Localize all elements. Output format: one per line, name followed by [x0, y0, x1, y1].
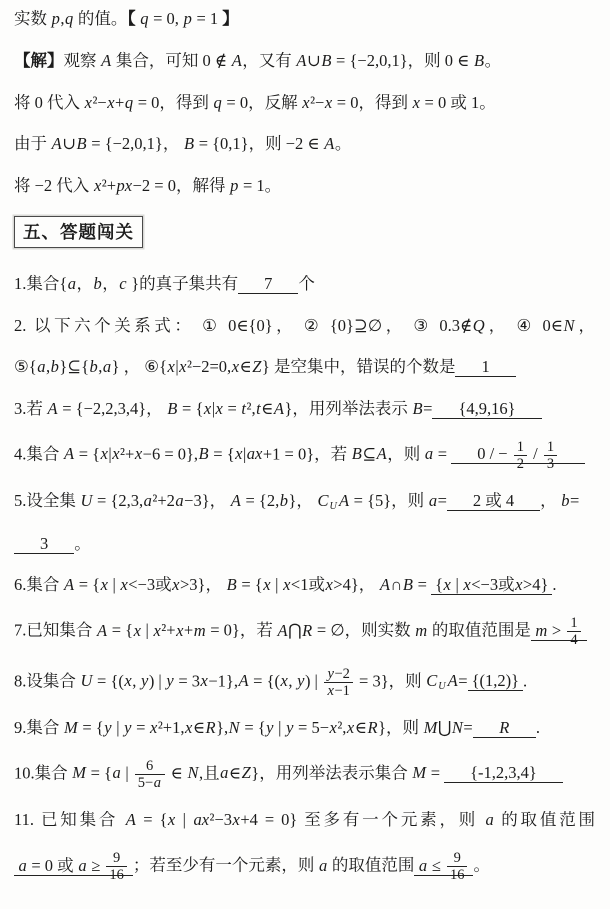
math-var: x: [233, 810, 240, 829]
math-var: B: [184, 134, 194, 153]
quiz-section: 1.集合{a，b，c }的真子集共有7个 2. 以下六个关系式： ① 0∈{0}…: [14, 272, 595, 884]
math-var: A: [380, 575, 390, 594]
math-var: a: [112, 763, 120, 782]
math-var: R: [499, 718, 509, 737]
solution-line-1: 实数 p,q 的值。【 q = 0, p = 1 】: [14, 7, 595, 32]
math-var: x: [135, 444, 142, 463]
fraction-denominator: 5−a: [135, 774, 165, 791]
math-var: C: [426, 671, 437, 690]
math-var: x: [263, 575, 270, 594]
math-var: a: [175, 491, 183, 510]
math-var: x: [112, 444, 119, 463]
math-var: y: [266, 718, 273, 737]
math-var: b: [280, 491, 288, 510]
math-var: A: [101, 51, 111, 70]
answer-blank: m > 14: [531, 621, 587, 641]
math-var: B: [321, 51, 331, 70]
math-var: t: [256, 399, 261, 418]
math-var: x: [107, 93, 114, 112]
fraction-numerator: 1: [544, 439, 557, 455]
math-var: A: [339, 491, 349, 510]
math-var: ax: [193, 810, 209, 829]
fraction: 916: [447, 850, 468, 884]
solution-line-4: 由于 A∪B = {−2,0,1}， B = {0,1}，则 −2 ∈ A。: [14, 132, 595, 157]
fraction-denominator: 2: [514, 455, 527, 472]
math-var: a: [37, 357, 45, 376]
question-9: 9.集合 M = {y | y = x²+1,x∈R},N = {y | y =…: [14, 716, 595, 741]
math-var: y: [328, 666, 334, 682]
answer-blank: {4,9,16}: [432, 399, 541, 419]
question-3: 3.若 A = {−2,2,3,4}， B = {x|x = t²,t∈A}，用…: [14, 397, 595, 422]
question-5-line-1: 5.设全集 U = {2,3,a²+2a−3}， A = {2,b}， CUA …: [14, 489, 595, 514]
math-var: a: [319, 856, 327, 875]
question-10: 10.集合 M = {a | 65−a ∈ N,且a∈Z}，用列举法表示集合 M…: [14, 758, 595, 792]
question-2-line-2: ⑤{a,b}⊆{b,a} ， ⑥{x|x²−2=0,x∈Z} 是空集中，错误的个…: [14, 355, 595, 380]
solution-line-3: 将 0 代入 x²−x+q = 0，得到 q = 0，反解 x²−x = 0，得…: [14, 91, 595, 116]
math-var: m: [415, 621, 427, 640]
math-var: C: [318, 491, 329, 510]
math-var: x: [168, 357, 175, 376]
math-var: x: [232, 357, 239, 376]
math-var: q: [214, 93, 222, 112]
question-2-line-1: 2. 以下六个关系式： ① 0∈{0}， ② {0}⊇∅， ③ 0.3∉Q， ④…: [14, 314, 595, 339]
math-var: a: [220, 763, 228, 782]
math-var: x: [94, 176, 101, 195]
math-var: y: [166, 671, 173, 690]
math-var: M: [412, 763, 426, 782]
section-heading: 五、答题闯关: [14, 216, 143, 248]
fraction-numerator: 9: [110, 850, 123, 866]
answer-blank: R: [473, 718, 536, 738]
math-var: R: [206, 718, 216, 737]
math-var: x: [325, 93, 332, 112]
math-var: A: [48, 399, 58, 418]
math-var: x: [463, 575, 470, 594]
math-var: N: [187, 763, 198, 782]
bold-text: 【解】: [14, 51, 64, 70]
fraction: 14: [567, 615, 580, 649]
math-var: A: [126, 810, 136, 829]
math-var: a: [78, 856, 86, 875]
answer-blank: {-1,2,3,4}: [444, 763, 563, 783]
solution-block: 实数 p,q 的值。【 q = 0, p = 1 】 【解】观察 A 集合，可知…: [14, 7, 595, 199]
math-var: a: [425, 444, 433, 463]
question-8: 8.设集合 U = {(x, y) | y = 3x−1},A = {(x, y…: [14, 666, 595, 700]
math-var: N: [452, 718, 463, 737]
math-var: b: [51, 357, 59, 376]
fraction-denominator: 4: [567, 631, 580, 648]
math-var: B: [474, 51, 484, 70]
math-var: U: [438, 681, 445, 692]
fraction: 13: [544, 439, 557, 473]
math-var: x: [168, 810, 175, 829]
question-11-line-1: 11. 已知集合 A = {x | ax²−3x+4 = 0} 至多有一个元素，…: [14, 808, 595, 833]
math-var: b: [94, 274, 102, 293]
math-var: B: [199, 444, 209, 463]
math-var: y: [104, 718, 111, 737]
math-var: x: [134, 621, 141, 640]
fraction-denominator: 3: [544, 455, 557, 472]
document-page: 实数 p,q 的值。【 q = 0, p = 1 】 【解】观察 A 集合，可知…: [0, 0, 610, 909]
math-var: x: [216, 399, 223, 418]
math-var: m: [194, 621, 206, 640]
math-var: x: [101, 444, 108, 463]
math-var: A: [231, 491, 241, 510]
fraction-numerator: 9: [451, 850, 464, 866]
math-var: A: [274, 399, 284, 418]
math-var: N: [229, 718, 240, 737]
math-var: x: [150, 718, 157, 737]
math-var: x: [85, 93, 92, 112]
solution-line-5: 将 −2 代入 x²+px−2 = 0，解得 p = 1。: [14, 174, 595, 199]
math-var: x: [347, 718, 354, 737]
math-var: U: [330, 501, 337, 512]
math-var: x: [185, 718, 192, 737]
math-var: x: [204, 399, 211, 418]
math-var: px: [117, 176, 133, 195]
math-var: x: [179, 357, 186, 376]
math-var: x: [444, 575, 451, 594]
math-var: x: [325, 575, 332, 594]
math-var: ax: [247, 444, 263, 463]
math-var: m: [535, 621, 547, 640]
answer-blank: 2 或 4: [447, 491, 540, 511]
math-var: M: [72, 763, 86, 782]
math-var: A: [64, 444, 74, 463]
answer-blank: {x | x<−3或x>4}: [431, 575, 552, 595]
math-var: B: [77, 134, 87, 153]
math-var: a: [486, 810, 494, 829]
math-var: q: [125, 93, 133, 112]
answer-blank: 7: [238, 274, 298, 294]
math-var: A: [277, 621, 287, 640]
math-var: x: [328, 683, 334, 699]
answer-blank: 0 / − 12 / 13: [451, 444, 585, 464]
fraction-numerator: 1: [567, 615, 580, 631]
math-var: R: [367, 718, 377, 737]
math-var: B: [413, 399, 423, 418]
math-var: c: [119, 274, 126, 293]
math-var: A: [64, 575, 74, 594]
math-var: Q: [473, 316, 485, 335]
math-var: x: [413, 93, 420, 112]
math-var: A: [97, 621, 107, 640]
math-var: B: [403, 575, 413, 594]
math-var: a: [19, 856, 27, 875]
math-var: y: [141, 671, 148, 690]
answer-blank: 1: [455, 357, 515, 377]
math-var: M: [64, 718, 78, 737]
fraction-numerator: 6: [143, 758, 156, 774]
math-var: A: [324, 134, 334, 153]
fraction-denominator: 16: [447, 866, 468, 883]
math-var: a: [419, 856, 427, 875]
section-heading-row: 五、答题闯关: [14, 216, 595, 248]
answer-blank: a = 0 或 a ≥ 916: [14, 856, 133, 876]
math-var: U: [81, 491, 93, 510]
math-var: Z: [252, 357, 261, 376]
math-var: M: [424, 718, 438, 737]
math-var: B: [352, 444, 362, 463]
subscript: U: [329, 501, 337, 512]
math-var: N: [563, 316, 574, 335]
math-var: A: [296, 51, 306, 70]
math-var: b: [561, 491, 569, 510]
question-6: 6.集合 A = {x | x<−3或x>3}， B = {x | x<1或x>…: [14, 573, 595, 598]
answer-blank: 3: [14, 534, 74, 554]
math-var: q: [65, 9, 73, 28]
fraction-denominator: 16: [106, 866, 127, 883]
math-var: q: [140, 9, 148, 28]
math-var: Z: [242, 763, 251, 782]
math-var: a: [68, 274, 76, 293]
fraction: y−2x−1: [324, 666, 353, 700]
subscript: U: [438, 681, 446, 692]
math-var: A: [377, 444, 387, 463]
math-var: A: [238, 671, 248, 690]
math-var: a: [429, 491, 437, 510]
math-var: p: [52, 9, 60, 28]
math-var: x: [153, 621, 160, 640]
math-var: x: [172, 575, 179, 594]
math-var: x: [302, 93, 309, 112]
fraction-numerator: y−2: [324, 666, 353, 682]
question-1: 1.集合{a，b，c }的真子集共有7个: [14, 272, 595, 297]
math-var: x: [515, 575, 522, 594]
math-var: R: [302, 621, 312, 640]
fraction: 916: [106, 850, 127, 884]
math-var: a: [103, 357, 111, 376]
fraction-numerator: 1: [514, 439, 527, 455]
math-var: x: [235, 444, 242, 463]
solution-line-2: 【解】观察 A 集合，可知 0 ∉ A，又有 A∪B = {−2,0,1}，则 …: [14, 49, 595, 74]
question-7: 7.已知集合 A = {x | x²+x+m = 0}，若 A⋂R = ∅，则实…: [14, 615, 595, 649]
math-var: b: [90, 357, 98, 376]
fraction-denominator: x−1: [324, 682, 353, 699]
math-var: y: [124, 718, 131, 737]
fraction: 12: [514, 439, 527, 473]
math-var: y: [286, 718, 293, 737]
answer-blank: a ≤ 916: [414, 856, 473, 876]
math-var: B: [227, 575, 237, 594]
bold-text: 【: [127, 9, 135, 28]
question-5-line-2: 3。: [14, 532, 595, 557]
math-var: x: [330, 718, 337, 737]
math-var: x: [101, 575, 108, 594]
math-var: x: [201, 671, 208, 690]
math-var: p: [230, 176, 238, 195]
question-4: 4.集合 A = {x|x²+x−6 = 0},B = {x|ax+1 = 0}…: [14, 439, 595, 473]
math-var: a: [154, 775, 161, 791]
answer-blank: {(1,2)}: [468, 671, 523, 691]
math-var: U: [81, 671, 93, 690]
math-var: B: [167, 399, 177, 418]
math-var: y: [297, 671, 304, 690]
math-var: A: [52, 134, 62, 153]
math-var: A: [232, 51, 242, 70]
math-var: a: [144, 491, 152, 510]
math-var: x: [283, 575, 290, 594]
math-var: p: [184, 9, 192, 28]
math-var: A: [448, 671, 458, 690]
math-var: x: [120, 575, 127, 594]
math-var: x: [176, 621, 183, 640]
math-var: x: [281, 671, 288, 690]
math-var: x: [124, 671, 131, 690]
math-var: t: [241, 399, 246, 418]
fraction: 65−a: [135, 758, 165, 792]
bold-text: 】: [222, 9, 239, 28]
